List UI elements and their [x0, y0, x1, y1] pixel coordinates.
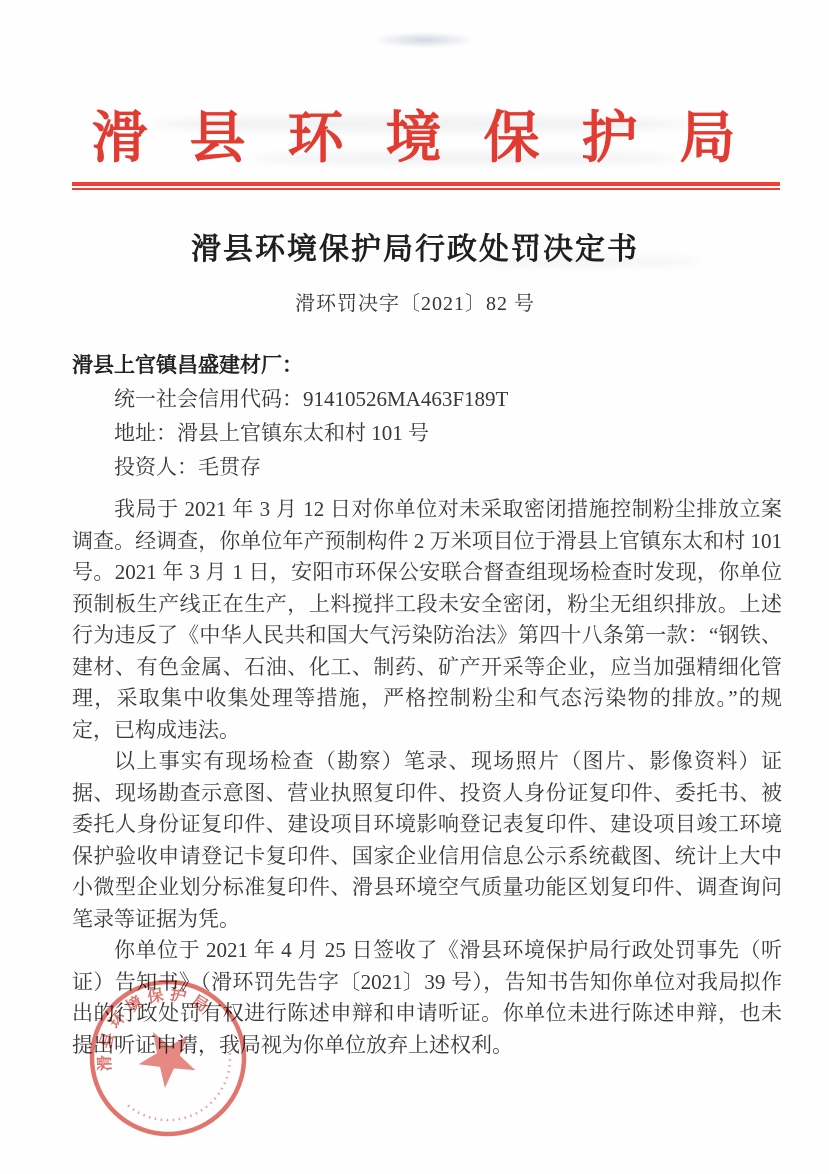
recipient-credit-code: 统一社会信用代码：91410526MA463F189T	[72, 382, 782, 416]
recipient-investor: 投资人：毛贯存	[72, 450, 782, 484]
document-body: 我局于 2021 年 3 月 12 日对你单位对未采取密闭措施控制粉尘排放立案调…	[72, 494, 782, 1061]
paragraph-investigation: 我局于 2021 年 3 月 12 日对你单位对未采取密闭措施控制粉尘排放立案调…	[72, 494, 782, 746]
divider-thin-line	[72, 188, 780, 190]
paragraph-evidence: 以上事实有现场检查（勘察）笔录、现场照片（图片、影像资料）证据、现场勘查示意图、…	[72, 746, 782, 935]
penalty-decision-page: 滑 县 环 境 保 护 局 滑县环境保护局行政处罚决定书 滑环罚决字〔2021〕…	[0, 0, 829, 1174]
paragraph-notification: 你单位于 2021 年 4 月 25 日签收了《滑县环境保护局行政处罚事先（听证…	[72, 935, 782, 1061]
letterhead-divider	[72, 182, 780, 190]
recipient-block: 滑县上官镇昌盛建材厂： 统一社会信用代码：91410526MA463F189T …	[72, 348, 782, 484]
seal-code-arc	[128, 1047, 249, 1141]
document-number: 滑环罚决字〔2021〕82 号	[60, 287, 770, 316]
scan-smudge	[372, 32, 476, 48]
divider-thick-line	[72, 182, 780, 186]
recipient-name: 滑县上官镇昌盛建材厂：	[72, 348, 782, 382]
letterhead-agency-name: 滑 县 环 境 保 护 局	[40, 94, 789, 174]
recipient-address: 地址：滑县上官镇东太和村 101 号	[72, 416, 782, 450]
document-title: 滑县环境保护局行政处罚决定书	[60, 224, 770, 268]
